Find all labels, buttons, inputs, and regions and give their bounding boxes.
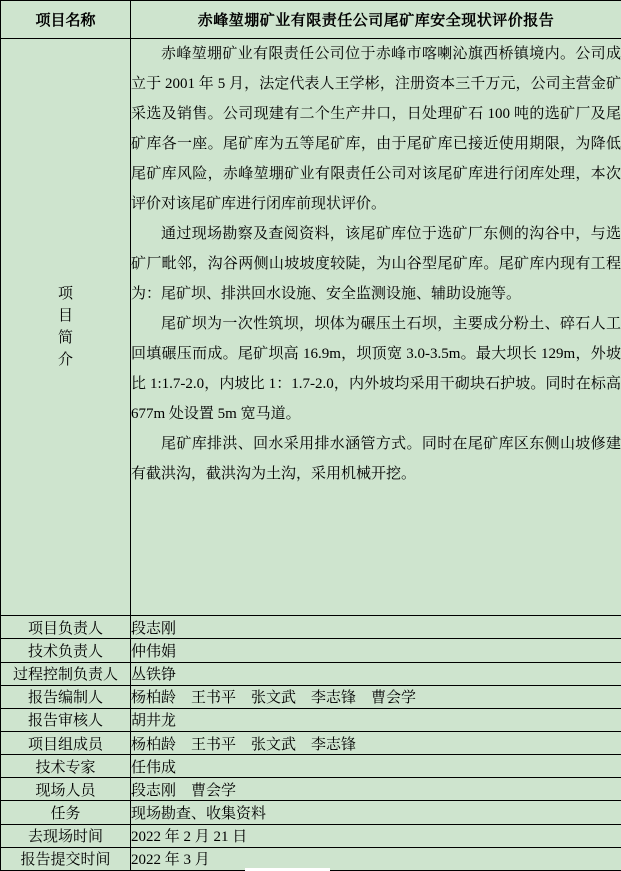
table-row: 项目负责人 段志刚 [1,616,621,639]
intro-label-char: 介 [1,349,130,371]
row-label-technical-expert: 技术专家 [1,755,131,778]
row-label-report-submit-date: 报告提交时间 [1,847,131,870]
row-value-process-control-leader: 丛铁铮 [131,662,621,685]
row-value-project-leader: 段志刚 [131,616,621,639]
row-label-process-control-leader: 过程控制负责人 [1,662,131,685]
row-value-report-reviewer: 胡井龙 [131,708,621,731]
intro-label-char: 目 [1,305,130,327]
table-row-header: 项目名称 赤峰堃堋矿业有限责任公司尾矿库安全现状评价报告 [1,1,621,39]
table-row: 技术负责人 仲伟娟 [1,639,621,662]
project-name-label: 项目名称 [1,1,131,39]
report-title: 赤峰堃堋矿业有限责任公司尾矿库安全现状评价报告 [131,1,621,39]
intro-paragraph: 赤峰堃堋矿业有限责任公司位于赤峰市喀喇沁旗西桥镇境内。公司成立于 2001 年 … [131,39,621,219]
table-row: 技术专家 任伟成 [1,755,621,778]
table-row: 报告编制人 杨柏龄 王书平 张文武 李志锋 曹会学 [1,685,621,708]
table-row: 任务 现场勘查、收集资料 [1,801,621,824]
row-value-technical-leader: 仲伟娟 [131,639,621,662]
row-value-report-submit-date: 2022 年 3 月 [131,847,621,870]
row-label-technical-leader: 技术负责人 [1,639,131,662]
row-label-site-visit-date: 去现场时间 [1,824,131,847]
intro-text-cell: 赤峰堃堋矿业有限责任公司位于赤峰市喀喇沁旗西桥镇境内。公司成立于 2001 年 … [131,39,621,616]
row-label-project-members: 项目组成员 [1,732,131,755]
table-row: 去现场时间 2022 年 2 月 21 日 [1,824,621,847]
row-value-site-visit-date: 2022 年 2 月 21 日 [131,824,621,847]
row-value-project-members: 杨柏龄 王书平 张文武 李志锋 [131,732,621,755]
row-label-task: 任务 [1,801,131,824]
intro-label-cell: 项 目 简 介 [1,39,131,616]
table-row-intro: 项 目 简 介 赤峰堃堋矿业有限责任公司位于赤峰市喀喇沁旗西桥镇境内。公司成立于… [1,39,621,616]
row-value-report-compilers: 杨柏龄 王书平 张文武 李志锋 曹会学 [131,685,621,708]
table-row: 项目组成员 杨柏龄 王书平 张文武 李志锋 [1,732,621,755]
row-value-technical-expert: 任伟成 [131,755,621,778]
intro-label-char: 项 [1,283,130,305]
row-value-site-personnel: 段志刚 曹会学 [131,778,621,801]
intro-paragraph: 尾矿库排洪、回水采用排水涵管方式。同时在尾矿库区东侧山坡修建有截洪沟，截洪沟为土… [131,429,621,489]
row-label-report-compilers: 报告编制人 [1,685,131,708]
row-value-task: 现场勘查、收集资料 [131,801,621,824]
row-label-project-leader: 项目负责人 [1,616,131,639]
intro-paragraph: 尾矿坝为一次性筑坝，坝体为碾压土石坝，主要成分粉土、碎石人工回填碾压而成。尾矿坝… [131,309,621,429]
row-label-site-personnel: 现场人员 [1,778,131,801]
project-info-table: 项目名称 赤峰堃堋矿业有限责任公司尾矿库安全现状评价报告 项 目 简 介 赤峰堃… [0,0,621,871]
table-row: 现场人员 段志刚 曹会学 [1,778,621,801]
table-row: 过程控制负责人 丛铁铮 [1,662,621,685]
table-row: 报告审核人 胡井龙 [1,708,621,731]
intro-paragraph: 通过现场勘察及查阅资料，该尾矿库位于选矿厂东侧的沟谷中，与选矿厂毗邻，沟谷两侧山… [131,219,621,309]
intro-label-char: 简 [1,327,130,349]
row-label-report-reviewer: 报告审核人 [1,708,131,731]
